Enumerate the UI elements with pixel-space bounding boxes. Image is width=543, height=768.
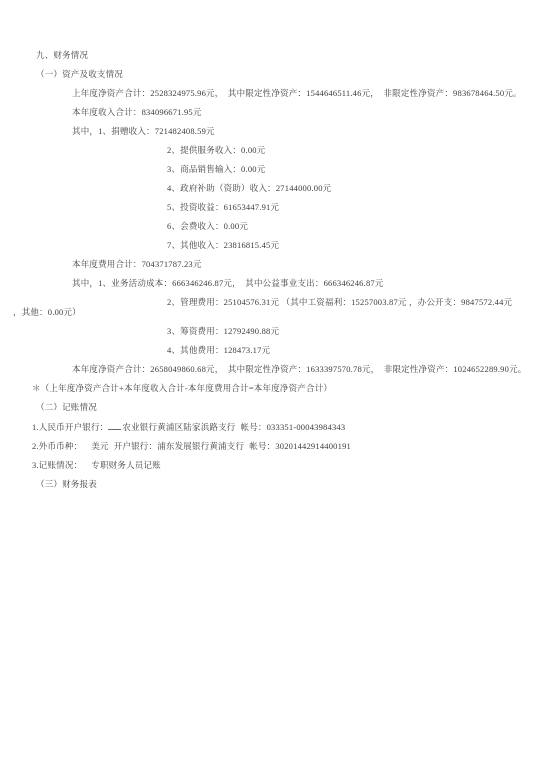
line-prev-year-net-assets: 上年度净资产合计：2528324975.96元， 其中限定性净资产：154464… bbox=[72, 88, 543, 98]
bookkeeping-value: 专职财务人员记账 bbox=[91, 460, 161, 470]
foreign-account-no: 30201442914400191 bbox=[275, 441, 351, 451]
foreign-currency: 美元 bbox=[91, 441, 108, 451]
financial-report-page: 九、财务情况 （一）资产及收支情况 上年度净资产合计：2528324975.96… bbox=[0, 0, 543, 768]
foreign-account-no-label: 帐号： bbox=[249, 441, 275, 451]
line-goods-sales-income: 3、商品销售输入：0.00元 bbox=[167, 164, 543, 174]
line-management-expense-wrap: ，其他：0.00元） bbox=[13, 307, 543, 317]
rmb-bank-name: 农业银行黄浦区陆家浜路支行 bbox=[122, 422, 235, 432]
rmb-account-no-label: 帐号： bbox=[241, 422, 267, 432]
formula-note: ＊（上年度净资产合计+本年度收入合计-本年度费用合计=本年度净资产合计） bbox=[32, 383, 543, 393]
line-govt-subsidy-income: 4、政府补助（资助）收入：27144000.00元 bbox=[167, 183, 543, 193]
line-donation-income: 其中，1、捐赠收入：721482408.59元 bbox=[72, 126, 543, 136]
line-membership-fee-income: 6、会费收入：0.00元 bbox=[167, 221, 543, 231]
foreign-bank-name: 浦东发展银行黄浦支行 bbox=[157, 441, 244, 451]
line-current-year-expense-total: 本年度费用合计：704371787.23元 bbox=[72, 259, 543, 269]
line-other-expense: 4、其他费用：128473.17元 bbox=[167, 345, 543, 355]
line-other-income: 7、其他收入：23816815.45元 bbox=[167, 240, 543, 250]
line-investment-income: 5、投资收益：61653447.91元 bbox=[167, 202, 543, 212]
line-current-year-income-total: 本年度收入合计：834096671.95元 bbox=[72, 107, 543, 117]
line-management-expense: 2、管理费用：25104576.31元 （其中工资福利：15257003.87元… bbox=[167, 297, 543, 307]
part2-title: （二）记账情况 bbox=[36, 402, 543, 412]
bookkeeping-line: 3.记账情况：专职财务人员记账 bbox=[32, 460, 543, 470]
line-current-year-net-assets: 本年度净资产合计：2658049860.68元， 其中限定性净资产：163339… bbox=[72, 364, 543, 374]
line-service-income: 2、提供服务收入：0.00元 bbox=[167, 145, 543, 155]
foreign-account-line: 2.外币币种：美元开户银行：浦东发展银行黄浦支行帐号：3020144291440… bbox=[32, 441, 543, 451]
line-business-activity-cost: 其中，1、业务活动成本：666346246.87元， 其中公益事业支出：6663… bbox=[72, 278, 543, 288]
section-title: 九、财务情况 bbox=[36, 50, 543, 60]
foreign-bank-label: 开户银行： bbox=[114, 441, 158, 451]
part1-title: （一）资产及收支情况 bbox=[36, 69, 543, 79]
foreign-currency-label: 2.外币币种： bbox=[32, 441, 82, 451]
part3-title: （三）财务报表 bbox=[36, 479, 543, 489]
rmb-account-no: 033351-00043984343 bbox=[267, 422, 346, 432]
line-fundraising-expense: 3、筹资费用：12792490.88元 bbox=[167, 326, 543, 336]
rmb-account-label: 1.人民币开户银行： bbox=[32, 422, 108, 432]
blank-underline bbox=[108, 421, 121, 430]
rmb-account-line: 1.人民币开户银行：农业银行黄浦区陆家浜路支行帐号：033351-0004398… bbox=[32, 421, 543, 432]
bookkeeping-label: 3.记账情况： bbox=[32, 460, 82, 470]
